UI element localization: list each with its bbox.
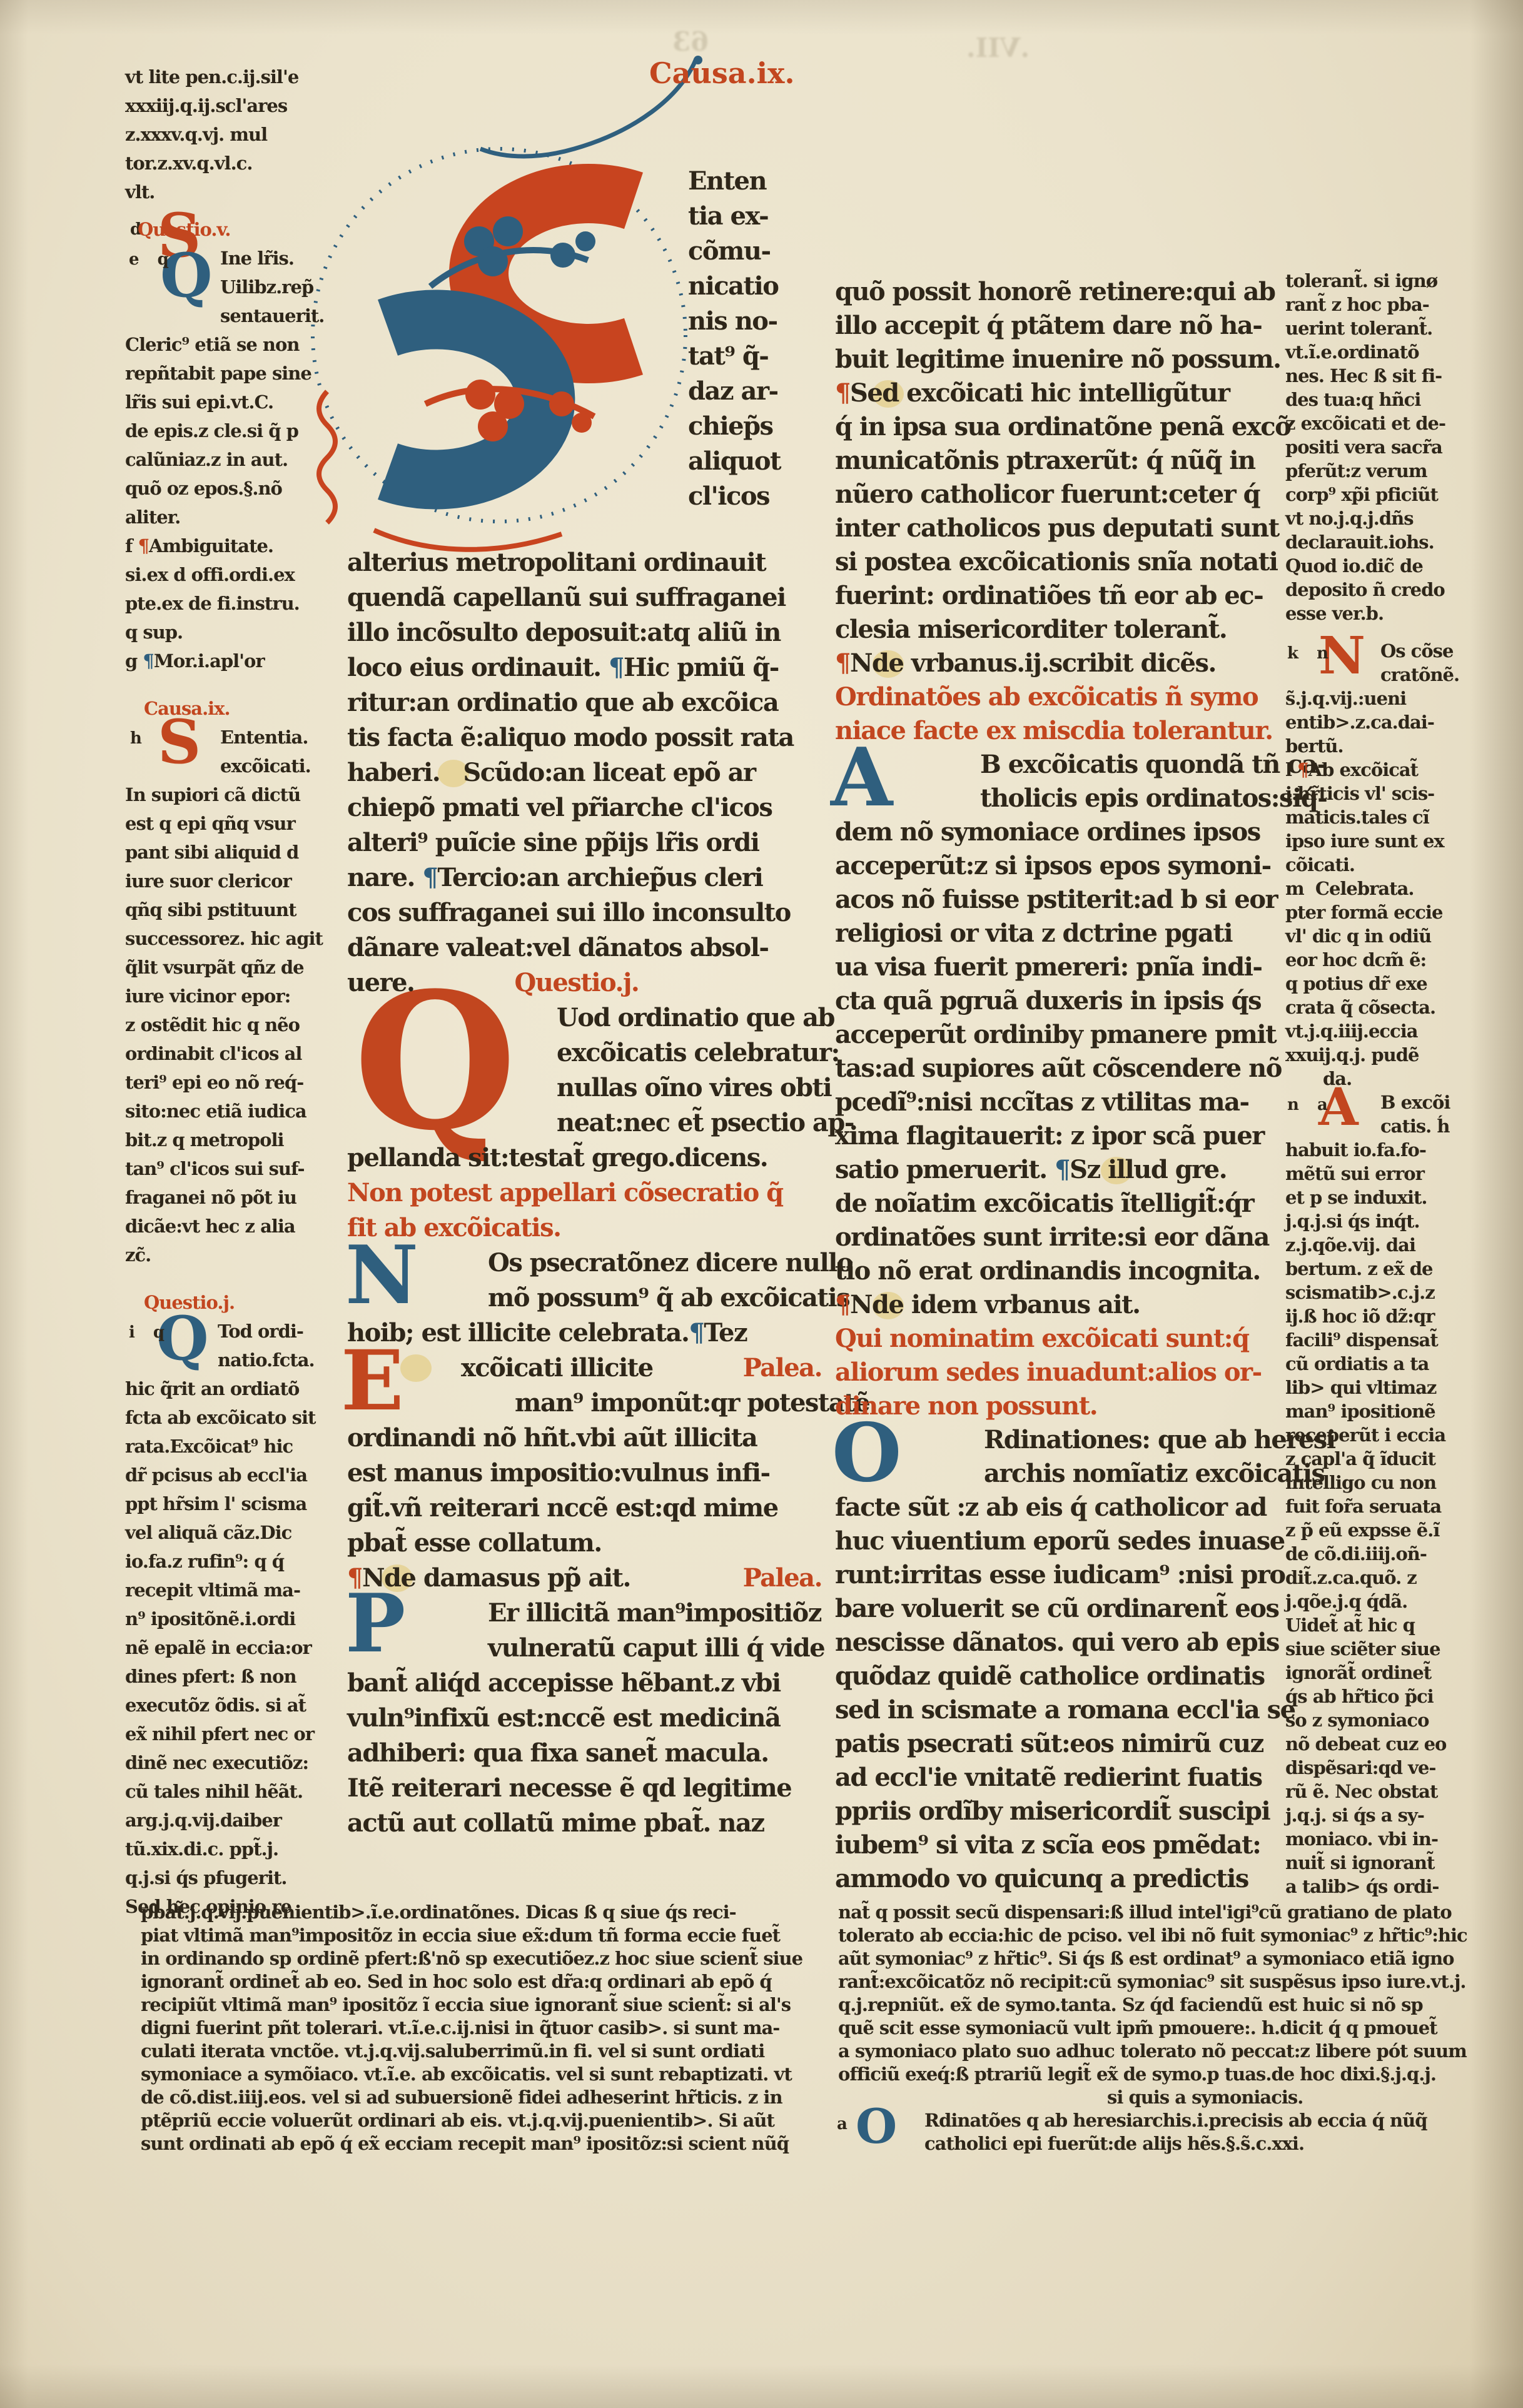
text-line: B excõi: [1380, 1091, 1473, 1114]
text-span: Hic pmiũ q̃-: [624, 653, 779, 682]
text-line: patis psecrati sũt:eos nimirũ cuz: [835, 1727, 1285, 1761]
text-span: ¶: [422, 863, 437, 892]
text-line: q potius dr̃ exe: [1285, 972, 1473, 995]
text-line: Ordinatões ab excõicatis ñ symo: [835, 680, 1285, 714]
text-line: tũ.xix.di.c. ppt̃.j.: [125, 1835, 341, 1863]
text-line: tat⁹ q̃-: [688, 339, 826, 374]
text-line: pcedĩ⁹:nisi nccĩtas z vtilitas ma-: [835, 1086, 1285, 1119]
text-line: niace facte ex miscdia tolerantur.: [835, 714, 1285, 748]
text-line: B excõicatis quondã tñ ca-: [980, 748, 1285, 782]
text-line: a talib> q́s ordi-: [1285, 1875, 1473, 1898]
text-span: Palea.: [743, 1351, 822, 1386]
text-span: Tez: [704, 1318, 747, 1348]
text-line: Cleric⁹ etiã se non: [125, 330, 341, 359]
gloss-key-e-q: e q: [129, 250, 175, 269]
text-line: arg.j.q.vij.daiber: [125, 1806, 341, 1835]
text-line: cl'icos: [688, 479, 826, 514]
text-line: z.xxxv.q.vj. mul: [125, 120, 341, 149]
text-line: rant̃ z hoc pba-: [1285, 293, 1473, 316]
text-line: daz ar-: [688, 374, 826, 409]
text-line: z p̃ eũ expsse ẽ.ĩ: [1285, 1518, 1473, 1542]
text-line: nicatio: [688, 269, 826, 304]
text-line: in ordinando sp ordinẽ pfert:ß'nõ sp e…: [141, 1947, 829, 1970]
text-line: aliorum sedes inuadunt:alios or-: [835, 1356, 1285, 1389]
text-line: xima flagitauerit: z ipor scã puer: [835, 1119, 1285, 1153]
text-line: fcta ab excõicato sit: [125, 1403, 341, 1432]
text-span: f: [125, 535, 138, 557]
text-line: haberi. Scũdo:an liceat epõ ar: [347, 755, 826, 790]
text-line: q sup.: [125, 618, 341, 647]
text-line: bertũ.: [1285, 734, 1473, 758]
text-line: vl' dic q in odiũ: [1285, 924, 1473, 948]
text-line: teri⁹ epi eo nõ req́-: [125, 1068, 341, 1097]
text-line: ipso iure sunt ex: [1285, 829, 1473, 853]
text-line: Ine lr̃is.: [220, 244, 341, 273]
text-span: uere.: [347, 968, 414, 997]
text-line: actũ aut collatũ mime pbat̃. naz: [347, 1806, 826, 1841]
text-line: nare. ¶Tercio:an archiep̃us cleri: [347, 860, 826, 895]
initial-E-main: E: [341, 1348, 404, 1415]
text-line: runt:irritas esse iudicam⁹ :nisi pro: [835, 1558, 1285, 1592]
text-line: nõ debeat cuz eo: [1285, 1732, 1473, 1756]
text-line: tas:ad supiores aũt cõscendere nõ: [835, 1052, 1285, 1086]
text-line: Qui nominatim excõicati sunt:q́: [835, 1322, 1285, 1356]
text-span: Ab excõicat̃: [1308, 759, 1418, 780]
text-line: huc viuentium eporũ sedes inuase: [835, 1524, 1285, 1558]
text-line: Rdinationes: que ab heresi: [984, 1423, 1285, 1457]
initial-Q-main: Q: [353, 985, 517, 1139]
gloss-key-a-foot: a: [837, 2115, 854, 2133]
text-span: g: [125, 650, 143, 672]
text-line: ptẽpriũ eccie voluerũt ordinari ab ei…: [141, 2109, 829, 2132]
text-line: cõicati.: [1285, 853, 1473, 877]
text-line: rata.Excõicat⁹ hic: [125, 1432, 341, 1461]
text-line: io.fa.z rufin⁹: q q́: [125, 1547, 341, 1576]
text-line: ordinandi nõ hñt.vbi aũt illicita: [347, 1421, 826, 1456]
text-line: declarauit.iohs.: [1285, 530, 1473, 554]
text-line: executõz õdis. si at̃: [125, 1691, 341, 1720]
text-line: adhiberi: qua fixa sanet̃ macula.: [347, 1736, 826, 1771]
text-line: ignorãt̃ ordinet̃: [1285, 1661, 1473, 1685]
text-line: receperũt i eccia: [1285, 1423, 1473, 1447]
text-line: ¶Nde vrbanus.ij.scribit dicẽs.: [835, 647, 1285, 680]
left-margin-gloss: vt lite pen.c.ij.sil'exxxiij.q.ij.scl'ar…: [125, 63, 341, 1921]
text-line: moniaco. vbi in-: [1285, 1827, 1473, 1851]
text-line: eor hoc dcm̃ ẽ:: [1285, 948, 1473, 972]
show-through-numeral-left: 63: [672, 26, 709, 57]
initial-S-margin-ix: S: [158, 718, 201, 767]
text-line: acos nõ fuisse pstiterit:ad b si eor: [835, 883, 1285, 917]
text-line: iure suor clericor: [125, 867, 341, 895]
text-line: scismatib>.c.j.z: [1285, 1281, 1473, 1304]
text-line: pbat̃.j.q.vij.puenientib>.ĩ.e.ordinatõ…: [141, 1901, 829, 1924]
text-line: tor.z.xv.q.vl.c.: [125, 149, 341, 178]
text-span: Questio.j.: [514, 965, 639, 1000]
text-line: tio nõ erat ordinandis incognita.: [835, 1254, 1285, 1288]
text-line: Itẽ reiterari necesse ẽ qd legitime: [347, 1771, 826, 1806]
text-line: entib>.z.ca.dai-: [1285, 710, 1473, 734]
text-line: si postea excõicationis snĩa notati: [835, 545, 1285, 579]
text-line: iure vicinor epor:: [125, 982, 341, 1010]
page-shadow-bottom: [0, 2364, 1523, 2408]
text-line: nescisse dãnatos. qui vero ab epis: [835, 1626, 1285, 1660]
text-line: q̃lit vsurpãt qñz de: [125, 953, 341, 982]
text-line: cratõnẽ.: [1380, 663, 1473, 687]
text-line: sentauerit.: [220, 301, 341, 330]
text-line: Causa.ix.: [144, 694, 341, 723]
text-line: siue sciẽter siue: [1285, 1637, 1473, 1661]
text-line: dispẽsari:qd ve-: [1285, 1756, 1473, 1780]
text-line: neat:nec et̃ psectio ap-: [557, 1106, 826, 1141]
text-line: archis nomĩatiz excõicatis: [984, 1457, 1285, 1491]
text-line: n⁹ ipositõnẽ.i.ordi: [125, 1604, 341, 1633]
text-line: z capl'a q̃ ĩducit: [1285, 1447, 1473, 1471]
text-line: aũt symoniac⁹ z hr̃tic⁹. Si q́s ß est o…: [838, 1947, 1482, 1970]
text-line: Enten: [688, 164, 826, 199]
text-line: vt.ĩ.e.ordinatõ: [1285, 340, 1473, 364]
text-line: a symoniaco plato suo adhuc tolerato nõ…: [838, 2040, 1482, 2063]
text-line: z excõicati et de-: [1285, 411, 1473, 435]
text-line: inter catholicos pus deputati sunt: [835, 511, 1285, 545]
text-line: ordinatões sunt irrite:si eor dãna: [835, 1221, 1285, 1254]
text-line: so z symoniaco: [1285, 1708, 1473, 1732]
text-line: des tua:q hñci: [1285, 388, 1473, 411]
text-line: recepit vltimã ma-: [125, 1576, 341, 1604]
text-line: deposito ñ credo: [1285, 578, 1473, 602]
text-line: fuit for̃a seruata: [1285, 1494, 1473, 1518]
page-shadow-top: [0, 0, 1523, 34]
text-span: Mor.i.apl'or: [154, 650, 265, 672]
yellow-wash: [400, 1354, 432, 1382]
show-through-numeral-right: .VII.: [966, 33, 1030, 63]
text-line: ua visa fuerit pmereri: pnĩa indi-: [835, 950, 1285, 984]
text-line: q.j.si q́s pfugerit.: [125, 1863, 341, 1892]
text-span: Sed excõicati hic intelligũtur: [850, 378, 1230, 408]
text-line: facili⁹ dispensat̃: [1285, 1328, 1473, 1352]
text-line: hic q̃rit an ordiatõ: [125, 1374, 341, 1403]
text-line: mõ possum⁹ q̃ ab excõicatis: [488, 1281, 826, 1316]
text-line: nẽ epalẽ in eccia:or: [125, 1633, 341, 1662]
text-line: successorez. hic agit: [125, 924, 341, 953]
text-span: ¶: [835, 378, 850, 408]
text-line: sed in scismate a romana eccl'ia se: [835, 1693, 1285, 1727]
text-span: ¶: [689, 1318, 704, 1348]
text-line: s̃.j.q.vij.:ueni: [1285, 687, 1473, 710]
text-line: dinẽ nec executiõz:: [125, 1748, 341, 1777]
text-line: si quis a symoniacis.: [1107, 2086, 1482, 2109]
text-line: Uidet̃ at̃ hic q: [1285, 1613, 1473, 1637]
text-line: si.ex d offi.ordi.ex: [125, 560, 341, 589]
text-line: man⁹ imponũt:qr potestatẽ: [515, 1386, 826, 1421]
text-line: z ostẽdit hic q nẽo: [125, 1010, 341, 1039]
text-line: xxuij.q.j. pudẽ: [1285, 1043, 1473, 1067]
text-line: ammodo vo quicunq a predictis: [835, 1862, 1285, 1896]
bottom-gloss-left: pbat̃.j.q.vij.puenientib>.ĩ.e.ordinatõ…: [141, 1901, 829, 2155]
text-line: symoniace a symõiaco. vt.ĩ.e. ab excõ…: [141, 2063, 829, 2086]
text-line: xcõicati illicitePalea.: [461, 1351, 826, 1386]
initial-N-main: N: [345, 1243, 418, 1309]
text-line: recipiũt vltimã man⁹ ipositõz ĩ ecci…: [141, 1993, 829, 2017]
text-line: vel aliquã cãz.Dic: [125, 1518, 341, 1547]
text-line: cos suffraganei sui illo inconsulto: [347, 895, 826, 930]
text-line: lib> qui vltimaz: [1285, 1376, 1473, 1399]
text-span: ¶: [835, 648, 850, 678]
text-line: dãnare valeat:vel dãnatos absol-: [347, 930, 826, 965]
text-line: natio.fcta.: [218, 1346, 341, 1374]
text-line: municatõnis ptraxerũt: q́ nũq̃ in: [835, 444, 1285, 478]
text-span: Nde vrbanus.ij.scribit dicẽs.: [850, 648, 1216, 678]
text-line: buit legitime inuenire nõ possum.: [835, 343, 1285, 376]
text-line: alteri⁹ puĩcie sine pp̃ijs lr̃is ordi: [347, 825, 826, 860]
text-line: chiep̃s: [688, 409, 826, 444]
text-line: tolerant̃. si ignø: [1285, 269, 1473, 293]
text-span: Ambiguitate.: [149, 535, 273, 557]
text-line: Questio.j.: [144, 1288, 341, 1317]
causa-heading: Causa.ix.: [649, 59, 795, 88]
text-line: habuit io.fa.fo-: [1285, 1138, 1473, 1162]
text-line: iubem⁹ si vita z scĩa eos pmẽdat:: [835, 1828, 1285, 1862]
text-line: rant̃:excõicatõz nõ recipit:cũ symon…: [838, 1970, 1482, 1993]
text-line: nat̃ q possit secũ dispensari:ß illud i…: [838, 1901, 1482, 1924]
text-line: catholici epi fuerũt:de alijs hẽs.§.s̃…: [924, 2132, 1482, 2155]
text-line: quendã capellanũ sui suffraganei: [347, 580, 826, 615]
text-line: esse ver.b.: [1285, 602, 1473, 625]
manuscript-page: 63 .VII. Causa.ix. Q N E P A O: [0, 0, 1523, 2408]
text-line: vlt.: [125, 178, 341, 206]
text-line: dines pfert: ß non: [125, 1662, 341, 1691]
text-span: ¶: [138, 535, 149, 557]
text-span: Nde damasus pp̃ ait.: [362, 1563, 630, 1593]
text-line: maticis.tales cĩ: [1285, 805, 1473, 829]
gloss-key-n-a: n a: [1287, 1096, 1334, 1114]
text-line: zc̃.: [125, 1241, 341, 1269]
text-line: vt lite pen.c.ij.sil'e: [125, 63, 341, 91]
text-line: quõ possit honorẽ retinere:qui ab: [835, 275, 1285, 309]
text-line: j.q.j. si q́s a sy-: [1285, 1803, 1473, 1827]
text-line: ritur:an ordinatio que ab excõica: [347, 685, 826, 720]
text-span: Tercio:an archiep̃us cleri: [437, 863, 762, 892]
text-span: Nde idem vrbanus ait.: [850, 1290, 1140, 1319]
text-line: cta quã pgruã duxeris in ipsis q́s: [835, 984, 1285, 1018]
text-line: de epis.z cle.si q̃ p: [125, 416, 341, 445]
text-line: chiepõ pmati vel pr̃iarche cl'icos: [347, 790, 826, 825]
text-line: de cõ.dist.iiij.eos. vel si ad subuersi…: [141, 2086, 829, 2109]
text-line: hoib; est illicite celebrata.¶Tez: [347, 1316, 826, 1351]
text-line: ppriis ordĩby misericordit̃ suscipi: [835, 1795, 1285, 1828]
text-line: et p se induxit.: [1285, 1186, 1473, 1209]
text-line: facte sũt :z ab eis q́ catholicor ad: [835, 1491, 1285, 1524]
initial-O-foot: O: [856, 2107, 897, 2146]
text-line: aliter.: [125, 503, 341, 531]
text-line: officiũ exeq́:ß ptrariũ legit̃ ex̃ de …: [838, 2063, 1482, 2086]
text-line: dem nõ symoniace ordines ipsos: [835, 815, 1285, 849]
text-line: quõdaz quidẽ catholice ordinatis: [835, 1660, 1285, 1693]
text-line: xxxiij.q.ij.scl'ares: [125, 91, 341, 120]
text-line: i.hr̃ticis vl' scis-: [1285, 782, 1473, 805]
gloss-key-h: h: [130, 729, 148, 748]
text-span: nare.: [347, 863, 422, 892]
text-line: pferũt:z verum: [1285, 459, 1473, 483]
text-line: satio pmeruerit. ¶Sz illud gre.: [835, 1153, 1285, 1187]
text-line: dicãe:vt hec z alia: [125, 1212, 341, 1241]
text-span: ¶: [347, 1563, 362, 1593]
text-line: ad eccl'ie vnitatẽ redierint fuatis: [835, 1761, 1285, 1795]
text-line: rũ ẽ. Nec obstat: [1285, 1780, 1473, 1803]
text-span: Sz illud gre.: [1070, 1155, 1227, 1184]
text-line: ignorant̃ ordinet̃ ab eo. Sed in hoc sol…: [141, 1970, 829, 1993]
text-line: pter formã eccie: [1285, 900, 1473, 924]
text-line: Quod io.dic̃ de: [1285, 554, 1473, 578]
text-line: bare voluerit se cũ ordinarent̃ eos: [835, 1592, 1285, 1626]
text-line: lr̃is sui epi.vt.C.: [125, 388, 341, 416]
initial-A-col2: A: [831, 745, 893, 811]
text-line: quõ oz epos.§.nõ: [125, 474, 341, 503]
text-line: vuln⁹infixũ est:nccẽ est medicinã: [347, 1701, 826, 1736]
text-line: Er illicitã man⁹impositiõz: [488, 1596, 826, 1631]
text-span: ¶: [1055, 1155, 1070, 1184]
text-line: illo accepit q́ ptãtem dare nõ ha-: [835, 309, 1285, 343]
text-line: de noĩatim excõicatis ĩtelligit̃:q́r: [835, 1187, 1285, 1221]
text-line: Tod ordi-: [218, 1317, 341, 1346]
gloss-key-i-q: i q: [129, 1323, 171, 1342]
text-line: quẽ scit esse symoniacũ vult ipm̃ pmou…: [838, 2017, 1482, 2040]
text-line: ppt hr̃sim l' scisma: [125, 1489, 341, 1518]
main-column-2: quõ possit honorẽ retinere:qui abillo …: [835, 275, 1285, 1896]
text-line: nuit̃ si ignorant̃: [1285, 1851, 1473, 1875]
text-span: Palea.: [743, 1561, 822, 1596]
text-line: cõmu-: [688, 234, 826, 269]
text-line: In supiori cã dictũ: [125, 780, 341, 809]
text-line: est q epi qñq vsur: [125, 809, 341, 838]
text-line: ¶Nde idem vrbanus ait.: [835, 1288, 1285, 1322]
text-line: illo incõsulto deposuit:atq aliũ in: [347, 615, 826, 650]
text-line: Ententia.: [220, 723, 341, 752]
text-line: calũniaz.z in aut.: [125, 445, 341, 474]
text-span: loco eius ordinauit.: [347, 653, 609, 682]
text-line: bertum. z ex̃ de: [1285, 1257, 1473, 1281]
text-span: hoib; est illicite celebrata.: [347, 1318, 689, 1348]
text-line: Uod ordinatio que ab: [557, 1000, 826, 1035]
text-line: Os psecratõnez dicere nullo: [488, 1246, 826, 1281]
text-line: dr̃ pcisus ab eccl'ia: [125, 1461, 341, 1489]
text-line: tan⁹ cl'icos sui suf-: [125, 1154, 341, 1183]
text-line: Rdinatões q ab heresiarchis.i.precisis …: [924, 2109, 1482, 2132]
text-line: Uilibz.rep̃: [220, 273, 341, 301]
text-line: religiosi or vita z dctrine pgati: [835, 917, 1285, 950]
text-line: q́s ab hr̃tico p̃ci: [1285, 1685, 1473, 1708]
text-line: aliquot: [688, 444, 826, 479]
text-line: sito:nec etiã iudica: [125, 1097, 341, 1126]
text-line: uerint tolerant̃.: [1285, 316, 1473, 340]
text-line: pbat̃ esse collatum.: [347, 1526, 826, 1561]
text-line: ¶Sed excõicati hic intelligũtur: [835, 376, 1285, 410]
text-line: excõicatis celebratur:: [557, 1035, 826, 1071]
text-line: dinare non possunt.: [835, 1389, 1285, 1423]
text-line: vulneratũ caput illi q́ vide: [488, 1631, 826, 1666]
text-span: ¶: [1297, 759, 1308, 780]
text-line: excõicati.: [220, 752, 341, 780]
text-line: acceperũt ordiniby pmanere pmit: [835, 1018, 1285, 1052]
text-line: Questio.v.: [138, 215, 341, 244]
text-line: alterius metropolitani ordinauit: [347, 545, 826, 580]
text-line: cũ tales nihil hẽãt.: [125, 1777, 341, 1806]
text-span: satio pmeruerit.: [835, 1155, 1055, 1184]
text-line: fraganei nõ põt iu: [125, 1183, 341, 1212]
gloss-key-k-n: k n: [1287, 644, 1335, 663]
text-line: vt no.j.q.j.dñs: [1285, 506, 1473, 530]
text-line: pant sibi aliquid d: [125, 838, 341, 867]
text-line: intelligo cu non: [1285, 1471, 1473, 1494]
text-line: l ¶Ab excõicat̃: [1285, 758, 1473, 782]
text-line: pellanda sit:testat̃ grego.dicens.: [347, 1141, 826, 1176]
text-line: j.qõe.j.q q́dã.: [1285, 1589, 1473, 1613]
text-line: uere.Questio.j.: [347, 965, 826, 1000]
text-line: g ¶Mor.i.apl'or: [125, 647, 341, 675]
text-line: q́ in ipsa sua ordinatõne penã excõ: [835, 410, 1285, 444]
initial-P-main: P: [345, 1591, 405, 1657]
text-line: de cõ.di.iiij.oñ-: [1285, 1542, 1473, 1566]
text-line: Os cõse: [1380, 639, 1473, 663]
text-line: Non potest appellari cõsecratio q̃: [347, 1176, 826, 1211]
text-line: loco eius ordinauit. ¶Hic pmiũ q̃-: [347, 650, 826, 685]
text-span: ¶: [143, 650, 153, 672]
text-line: man⁹ ipositionẽ: [1285, 1399, 1473, 1423]
text-line: git̃.vñ reiterari nccẽ est:qd mime: [347, 1491, 826, 1526]
page-shadow-left: [0, 0, 28, 2408]
initial-O-col2: O: [832, 1421, 902, 1486]
text-line: nes. Hec ß sit fi-: [1285, 364, 1473, 388]
text-line: tis facta ẽ:aliquo modo possit rata: [347, 720, 826, 755]
text-line: tia ex-: [688, 199, 826, 234]
text-line: mẽtũ sui error: [1285, 1162, 1473, 1186]
text-span: l: [1285, 759, 1297, 780]
text-line: j.q.j.si q́s inq́t.: [1285, 1209, 1473, 1233]
text-line: catis. h́: [1380, 1114, 1473, 1138]
text-line: clesia misericorditer tolerant̃.: [835, 613, 1285, 647]
text-line: nũero catholicor fuerunt:ceter q́: [835, 478, 1285, 511]
text-line: f ¶Ambiguitate.: [125, 531, 341, 560]
text-line: piat vltimã man⁹impositõz in eccia siu…: [141, 1924, 829, 1947]
text-line: pte.ex de fi.instru.: [125, 589, 341, 618]
text-line: nullas oĩno vires obti: [557, 1071, 826, 1106]
text-line: tolerato ab eccia:hic de pciso. vel ibi …: [838, 1924, 1482, 1947]
text-line: nis no-: [688, 304, 826, 339]
text-span: ¶: [835, 1290, 850, 1319]
text-line: ij.ß hoc iõ dz̃:qr: [1285, 1304, 1473, 1328]
text-line: culati iterata vnctõe. vt.j.q.vij.salub…: [141, 2040, 829, 2063]
text-line: qñq sibi pstituunt: [125, 895, 341, 924]
text-line: z.j.qõe.vij. dai: [1285, 1233, 1473, 1257]
text-line: digni fuerint pñt tolerari. vt.ĩ.e.c.ij…: [141, 2017, 829, 2040]
text-line: sunt ordinati ab epõ q́ ex̃ ecciam rece…: [141, 2132, 829, 2155]
text-span: xcõicati illicite: [461, 1353, 653, 1383]
text-line: dit̃.z.ca.quõ. z: [1285, 1566, 1473, 1589]
text-line: positi vera sacr̃a: [1285, 435, 1473, 459]
bottom-gloss-right: nat̃ q possit secũ dispensari:ß illud i…: [838, 1901, 1482, 2155]
right-margin-gloss: tolerant̃. si ignørant̃ z hoc pba-uerint…: [1285, 269, 1473, 1898]
text-line: est manus impositio:vulnus infi-: [347, 1456, 826, 1491]
text-line: ex̃ nihil pfert nec or: [125, 1720, 341, 1748]
text-line: fuerint: ordinatiões tñ eor ab ec-: [835, 579, 1285, 613]
text-line: repñtabit pape sine: [125, 359, 341, 388]
text-line: cũ ordiatis a ta: [1285, 1352, 1473, 1376]
text-line: fit ab excõicatis.: [347, 1211, 826, 1246]
text-line: vt.j.q.iiij.eccia: [1285, 1019, 1473, 1043]
text-line: corp⁹ xp̃i pficiũt: [1285, 483, 1473, 506]
text-line: ordinabit cl'icos al: [125, 1039, 341, 1068]
text-line: tholicis epis ordinatos:siq́-: [980, 782, 1285, 815]
text-line: q.j.repniũt. ex̃ de symo.tanta. Sz q́d …: [838, 1993, 1482, 2017]
